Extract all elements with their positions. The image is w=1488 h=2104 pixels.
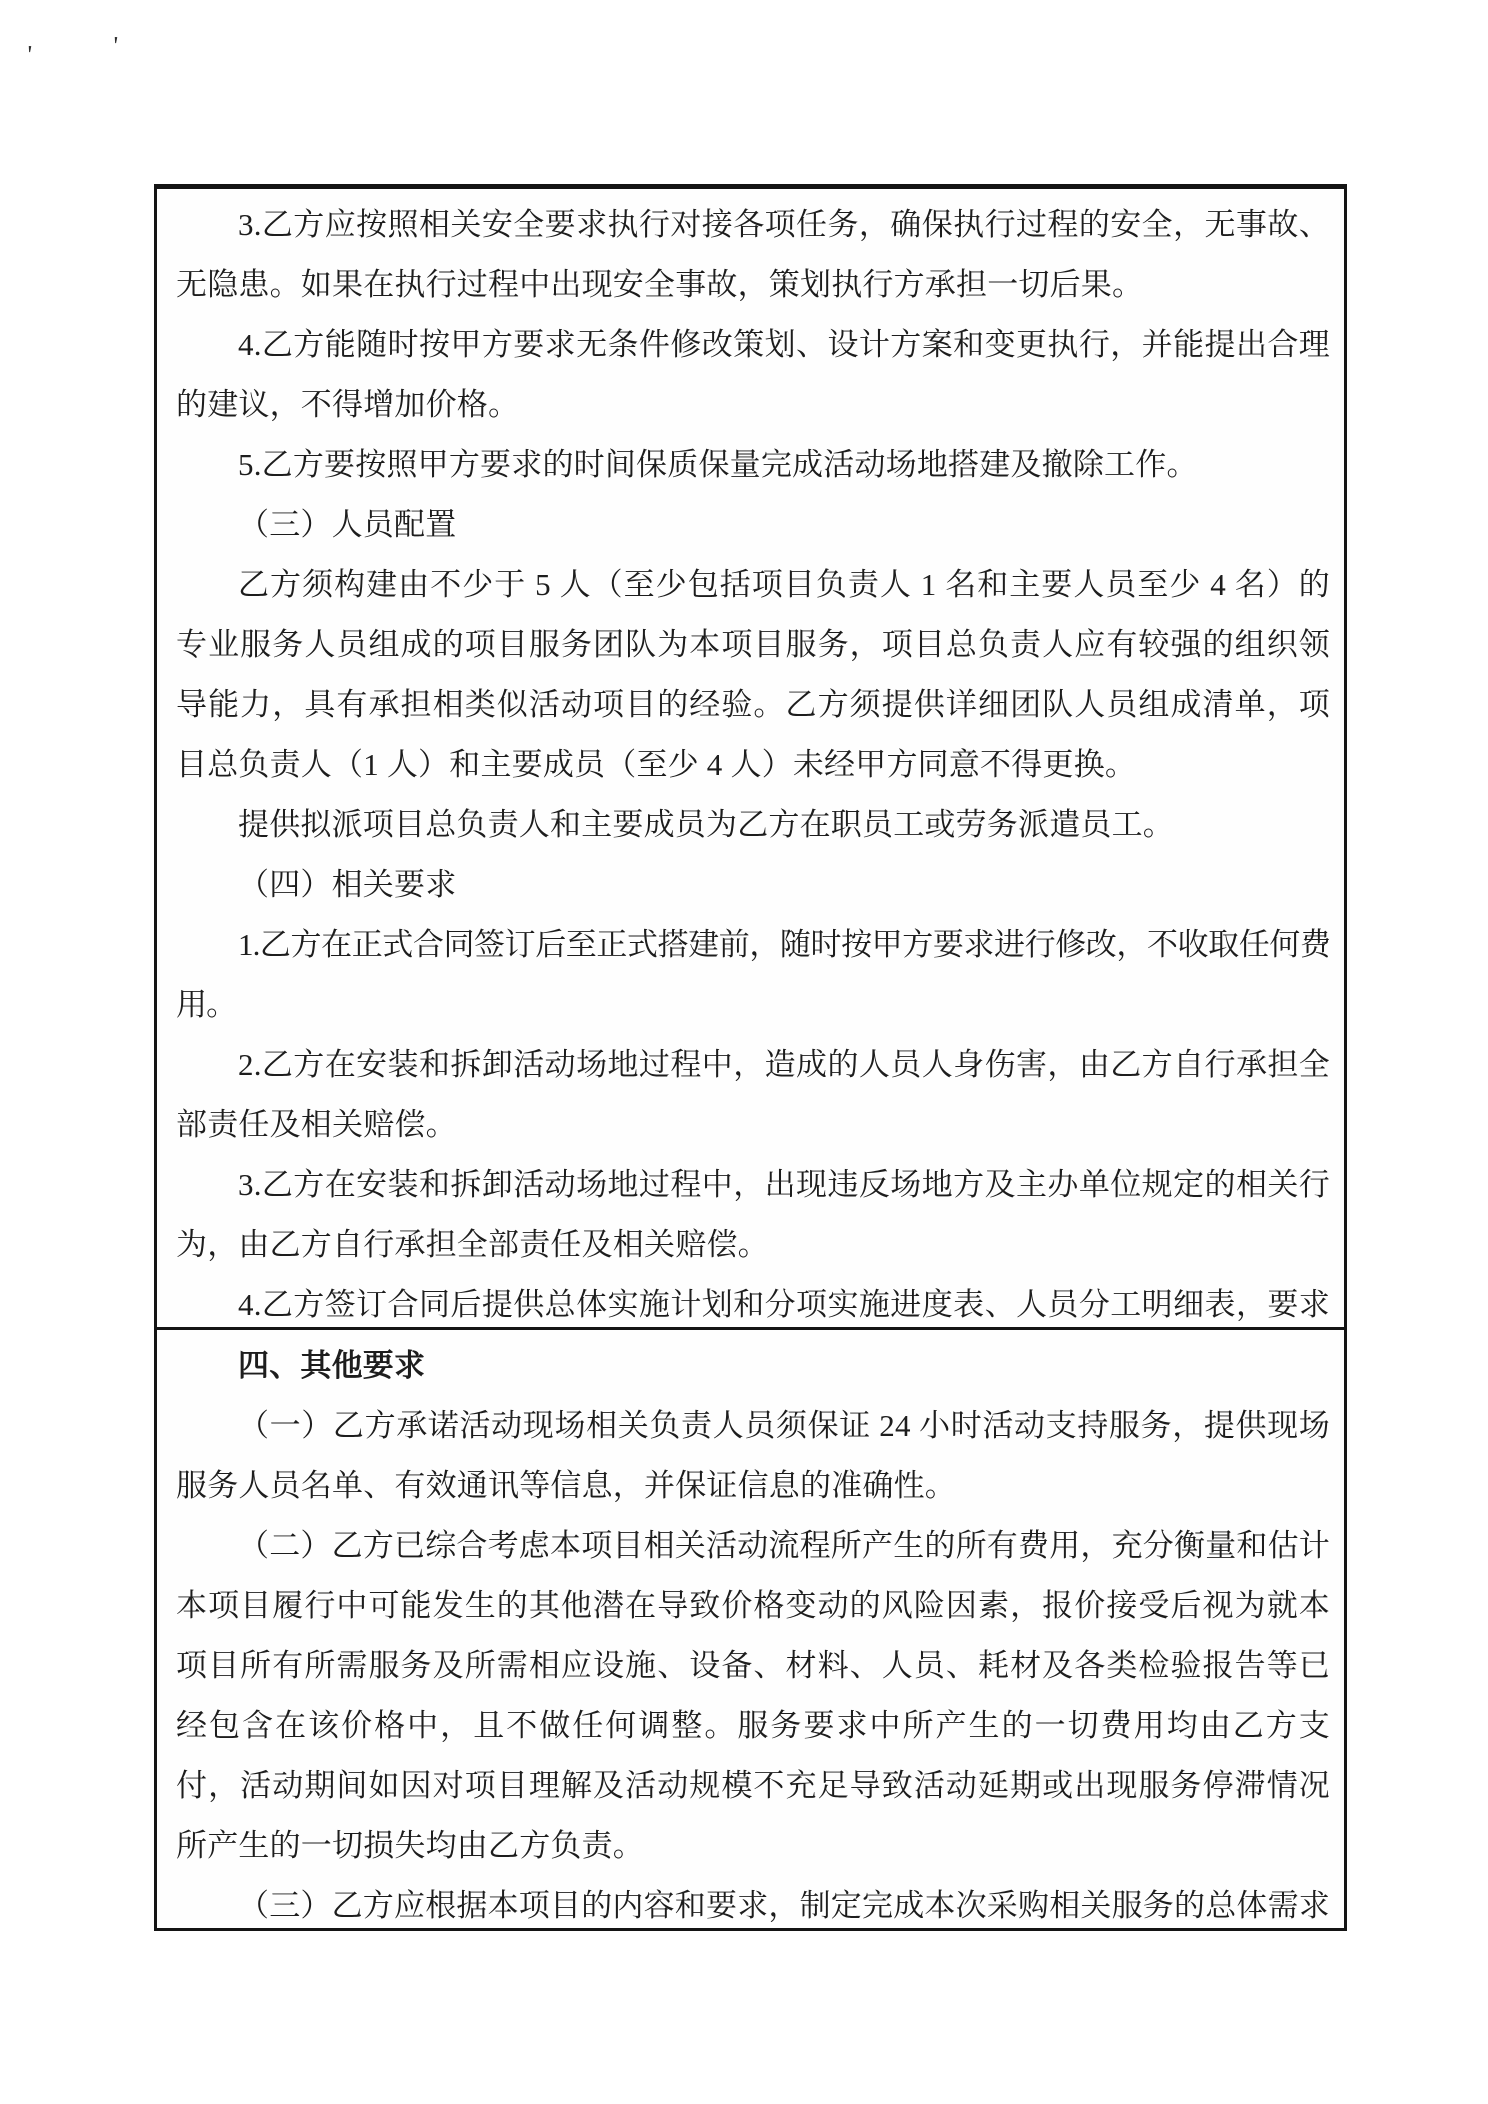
paragraph-24h-support: （一）乙方承诺活动现场相关负责人员须保证 24 小时活动支持服务，提供现场服务人… (176, 1396, 1330, 1516)
paragraph-unconditional-modify: 4.乙方能随时按甲方要求无条件修改策划、设计方案和变更执行，并能提出合理的建议，… (176, 315, 1330, 435)
scan-speck-left: ' (26, 42, 32, 68)
paragraph-setup-teardown: 5.乙方要按照甲方要求的时间保质保量完成活动场地搭建及撤除工作。 (176, 435, 1330, 495)
requirements-table-cell: 3.乙方应按照相关安全要求执行对接各项任务，确保执行过程的安全，无事故、无隐患。… (154, 184, 1347, 1931)
paragraph-injury-liability: 2.乙方在安装和拆卸活动场地过程中，造成的人员人身伤害，由乙方自行承担全部责任及… (176, 1035, 1330, 1155)
paragraph-implementation-plan: 4.乙方签订合同后提供总体实施计划和分项实施进度表、人员分工明细表，要求安排详细… (176, 1275, 1330, 1330)
subheading-related-requirements: （四）相关要求 (176, 855, 1330, 915)
paragraph-cost-inclusion: （二）乙方已综合考虑本项目相关活动流程所产生的所有费用，充分衡量和估计本项目履行… (176, 1516, 1330, 1876)
paragraph-staff-employment: 提供拟派项目总负责人和主要成员为乙方在职员工或劳务派遣员工。 (176, 795, 1330, 855)
requirements-section-personnel: 3.乙方应按照相关安全要求执行对接各项任务，确保执行过程的安全，无事故、无隐患。… (157, 189, 1344, 1330)
paragraph-safety-execution: 3.乙方应按照相关安全要求执行对接各项任务，确保执行过程的安全，无事故、无隐患。… (176, 195, 1330, 315)
paragraph-free-modification: 1.乙方在正式合同签订后至正式搭建前，随时按甲方要求进行修改，不收取任何费用。 (176, 915, 1330, 1035)
scan-speck-right: ' (112, 33, 118, 59)
paragraph-venue-violation: 3.乙方在安装和拆卸活动场地过程中，出现违反场地方及主办单位规定的相关行为，由乙… (176, 1155, 1330, 1275)
requirements-section-other: 四、其他要求 （一）乙方承诺活动现场相关负责人员须保证 24 小时活动支持服务，… (157, 1330, 1344, 1928)
section-heading-other-requirements: 四、其他要求 (176, 1336, 1330, 1396)
paragraph-scheme-requirements: （三）乙方应根据本项目的内容和要求，制定完成本次采购相关服务的总体需求理解及策划… (176, 1876, 1330, 1928)
paragraph-team-composition: 乙方须构建由不少于 5 人（至少包括项目负责人 1 名和主要人员至少 4 名）的… (176, 555, 1330, 795)
scanned-document-page: { "document": { "stray_marks": { "left":… (0, 0, 1488, 2104)
subheading-personnel-config: （三）人员配置 (176, 495, 1330, 555)
